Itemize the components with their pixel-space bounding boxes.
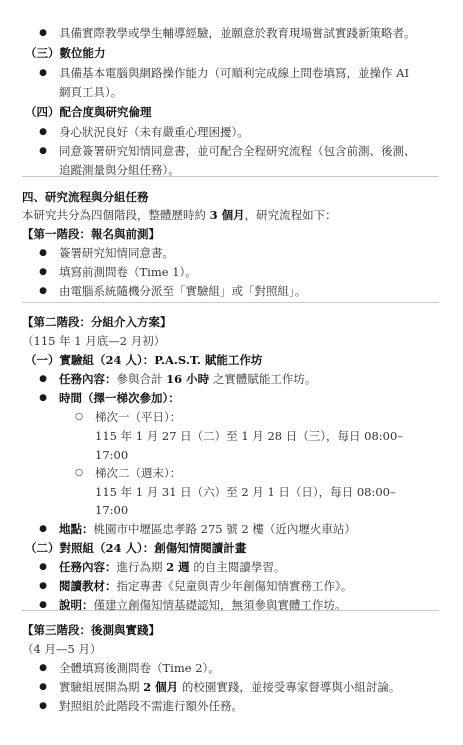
- bullet-icon: ●: [38, 264, 48, 280]
- bullet-icon: ●: [38, 679, 48, 695]
- experimental-group-heading: （一）實驗組（24 人）：P.A.S.T. 賦能工作坊: [25, 352, 262, 368]
- item-label: 閱讀教材：: [59, 579, 117, 593]
- phase3-period: （4 月—5 月）: [22, 641, 101, 657]
- intro-text: 本研究共分為四個階段，整體歷時約: [22, 208, 210, 222]
- list-item: 同意簽署研究知情同意書，並可配合全程研究流程（包含前測、後測、: [59, 143, 416, 159]
- item-label: 任務內容：: [59, 560, 117, 574]
- bullet-icon: ●: [38, 578, 48, 594]
- item-text-end: 的校園實踐，並接受專家督導與小組討論。: [178, 680, 400, 694]
- item-label: 任務內容：: [59, 372, 117, 386]
- list-item: 簽署研究知情同意書。: [59, 245, 174, 261]
- bullet-icon: ●: [38, 698, 48, 714]
- circle-bullet-icon: ○: [74, 465, 84, 481]
- item-text: 參與合計: [117, 372, 167, 386]
- list-item: 實驗組展開為期 2 個月 的校園實踐，並接受專家督導與小組討論。: [59, 679, 400, 695]
- section-divider: [22, 610, 439, 611]
- phase3-title: 【第三階段：後測與實踐】: [22, 622, 160, 638]
- bullet-icon: ●: [38, 245, 48, 261]
- session-dates: 115 年 1 月 27 日（二）至 1 月 28 日（三），每日 08:00–: [95, 428, 403, 444]
- intro-duration: 3 個月: [210, 208, 245, 222]
- list-item-task: 任務內容：進行為期 2 週 的自主閱讀學習。: [59, 559, 285, 575]
- circle-bullet-icon: ○: [74, 409, 84, 425]
- list-item-location: 地點：桃園市中壢區忠孝路 275 號 2 樓（近內壢火車站）: [59, 521, 356, 537]
- subsection-heading-digital: （三）數位能力: [25, 45, 106, 61]
- phase2-period: （115 年 1 月底—2 月初）: [22, 333, 165, 349]
- bullet-icon: ●: [38, 390, 48, 406]
- item-text: 實驗組展開為期: [59, 680, 143, 694]
- section-divider: [22, 176, 439, 177]
- bullet-icon: ●: [38, 660, 48, 676]
- item-text: 進行為期: [117, 560, 167, 574]
- list-item: 由電腦系統隨機分派至「實驗組」或「對照組」。: [59, 283, 306, 299]
- session-dates-continued: 17:00: [95, 502, 128, 518]
- bullet-icon: ●: [38, 371, 48, 387]
- list-item: 具備實際教學或學生輔導經驗，並願意於教育現場嘗試實踐新策略者。: [59, 25, 416, 41]
- phase1-title: 【第一階段：報名與前測】: [22, 226, 160, 242]
- item-text-end: 的自主閱讀學習。: [190, 560, 286, 574]
- bullet-icon: ●: [38, 25, 48, 41]
- item-label: 地點：: [59, 522, 94, 536]
- item-duration: 2 週: [166, 560, 190, 574]
- control-group-heading: （二）對照組（24 人）：創傷知情閱讀計畫: [25, 540, 246, 556]
- list-item: 具備基本電腦與網路操作能力（可順利完成線上問卷填寫，並操作 AI: [59, 65, 409, 81]
- subsection-heading-ethics: （四）配合度與研究倫理: [25, 104, 152, 120]
- item-text-end: 之實體賦能工作坊。: [209, 372, 316, 386]
- bullet-icon: ●: [38, 283, 48, 299]
- section-intro: 本研究共分為四個階段，整體歷時約 3 個月，研究流程如下：: [22, 207, 337, 223]
- list-item: 全體填寫後測問卷（Time 2）。: [59, 660, 220, 676]
- list-item-task: 任務內容：參與合計 16 小時 之實體賦能工作坊。: [59, 371, 316, 387]
- session-dates: 115 年 1 月 31 日（六）至 2 月 1 日（日），每日 08:00–: [95, 484, 396, 500]
- section-heading: 四、研究流程與分組任務: [22, 189, 149, 205]
- item-hours: 16 小時: [166, 372, 209, 386]
- list-item-time: 時間（擇一梯次參加）：: [59, 390, 180, 406]
- section-divider: [22, 302, 439, 303]
- session-name: 梯次二（週末）：: [95, 465, 181, 481]
- list-item: 填寫前測問卷（Time 1）。: [59, 264, 197, 280]
- bullet-icon: ●: [38, 124, 48, 140]
- list-item: 對照組於此階段不需進行額外任務。: [59, 698, 243, 714]
- phase2-title: 【第二階段：分組介入方案】: [22, 314, 172, 330]
- intro-text-end: ，研究流程如下：: [245, 208, 337, 222]
- bullet-icon: ●: [38, 143, 48, 159]
- material-title: 指定專書《兒童與青少年創傷知情實務工作》。: [117, 579, 353, 593]
- bullet-icon: ●: [38, 65, 48, 81]
- bullet-icon: ●: [38, 521, 48, 537]
- list-item-material: 閱讀教材：指定專書《兒童與青少年創傷知情實務工作》。: [59, 578, 352, 594]
- session-dates-continued: 17:00: [95, 447, 128, 463]
- session-name: 梯次一（平日）：: [95, 409, 181, 425]
- list-item-continued: 網頁工具）。: [59, 84, 122, 100]
- list-item: 身心狀況良好（未有嚴重心理困擾）。: [59, 124, 249, 140]
- bullet-icon: ●: [38, 559, 48, 575]
- location-address: 桃園市中壢區忠孝路 275 號 2 樓（近內壢火車站）: [94, 522, 356, 536]
- item-duration: 2 個月: [143, 680, 178, 694]
